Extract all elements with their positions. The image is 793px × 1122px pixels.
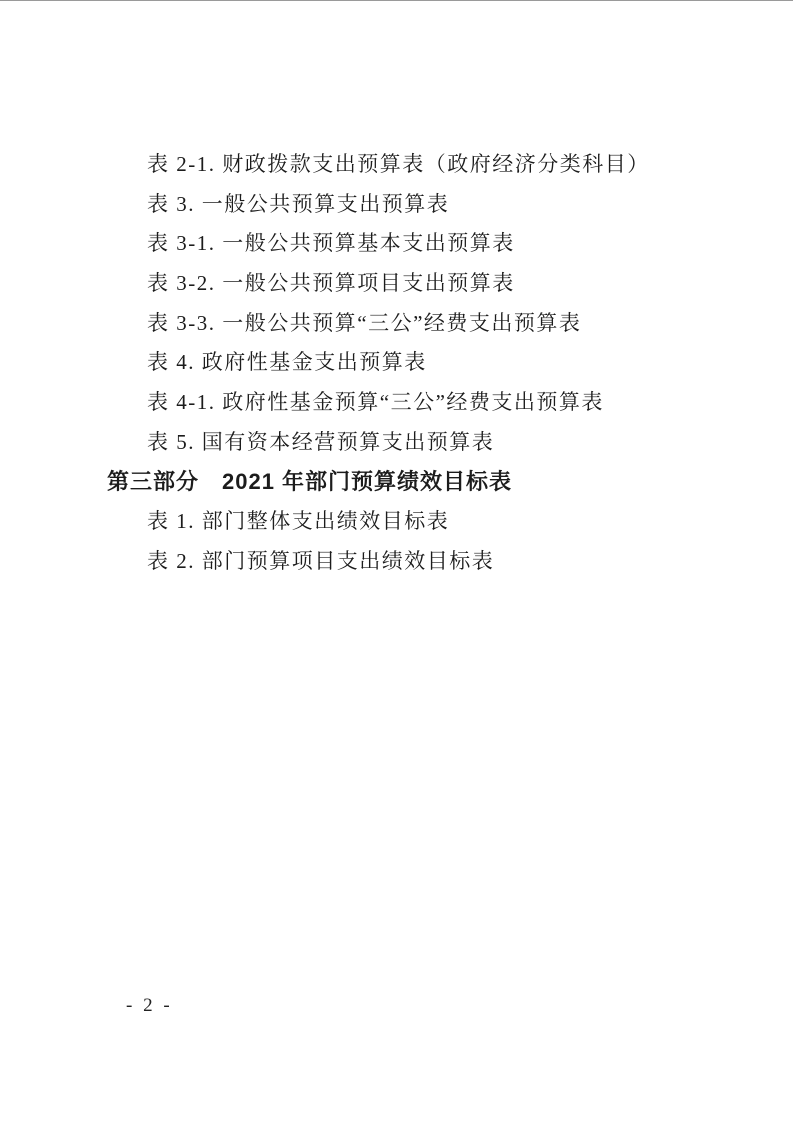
toc-entry: 表 3. 一般公共预算支出预算表 bbox=[0, 183, 793, 223]
toc-entry: 表 4-1. 政府性基金预算“三公”经费支出预算表 bbox=[0, 381, 793, 421]
page-number: - 2 - bbox=[126, 995, 173, 1017]
toc-entry: 表 2. 部门预算项目支出绩效目标表 bbox=[0, 540, 793, 580]
toc-entry: 表 3-1. 一般公共预算基本支出预算表 bbox=[0, 222, 793, 262]
section-heading: 第三部分 2021 年部门预算绩效目标表 bbox=[0, 461, 793, 501]
table-of-contents: 表 2-1. 财政拨款支出预算表（政府经济分类科目）表 3. 一般公共预算支出预… bbox=[0, 143, 793, 580]
document-page: 表 2-1. 财政拨款支出预算表（政府经济分类科目）表 3. 一般公共预算支出预… bbox=[0, 0, 793, 1122]
toc-entry: 表 2-1. 财政拨款支出预算表（政府经济分类科目） bbox=[0, 143, 793, 183]
toc-entry: 表 4. 政府性基金支出预算表 bbox=[0, 341, 793, 381]
toc-entry: 表 1. 部门整体支出绩效目标表 bbox=[0, 500, 793, 540]
toc-entry: 表 3-3. 一般公共预算“三公”经费支出预算表 bbox=[0, 302, 793, 342]
scan-edge-line bbox=[0, 0, 793, 1]
toc-entry: 表 3-2. 一般公共预算项目支出预算表 bbox=[0, 262, 793, 302]
toc-entry: 表 5. 国有资本经营预算支出预算表 bbox=[0, 421, 793, 461]
